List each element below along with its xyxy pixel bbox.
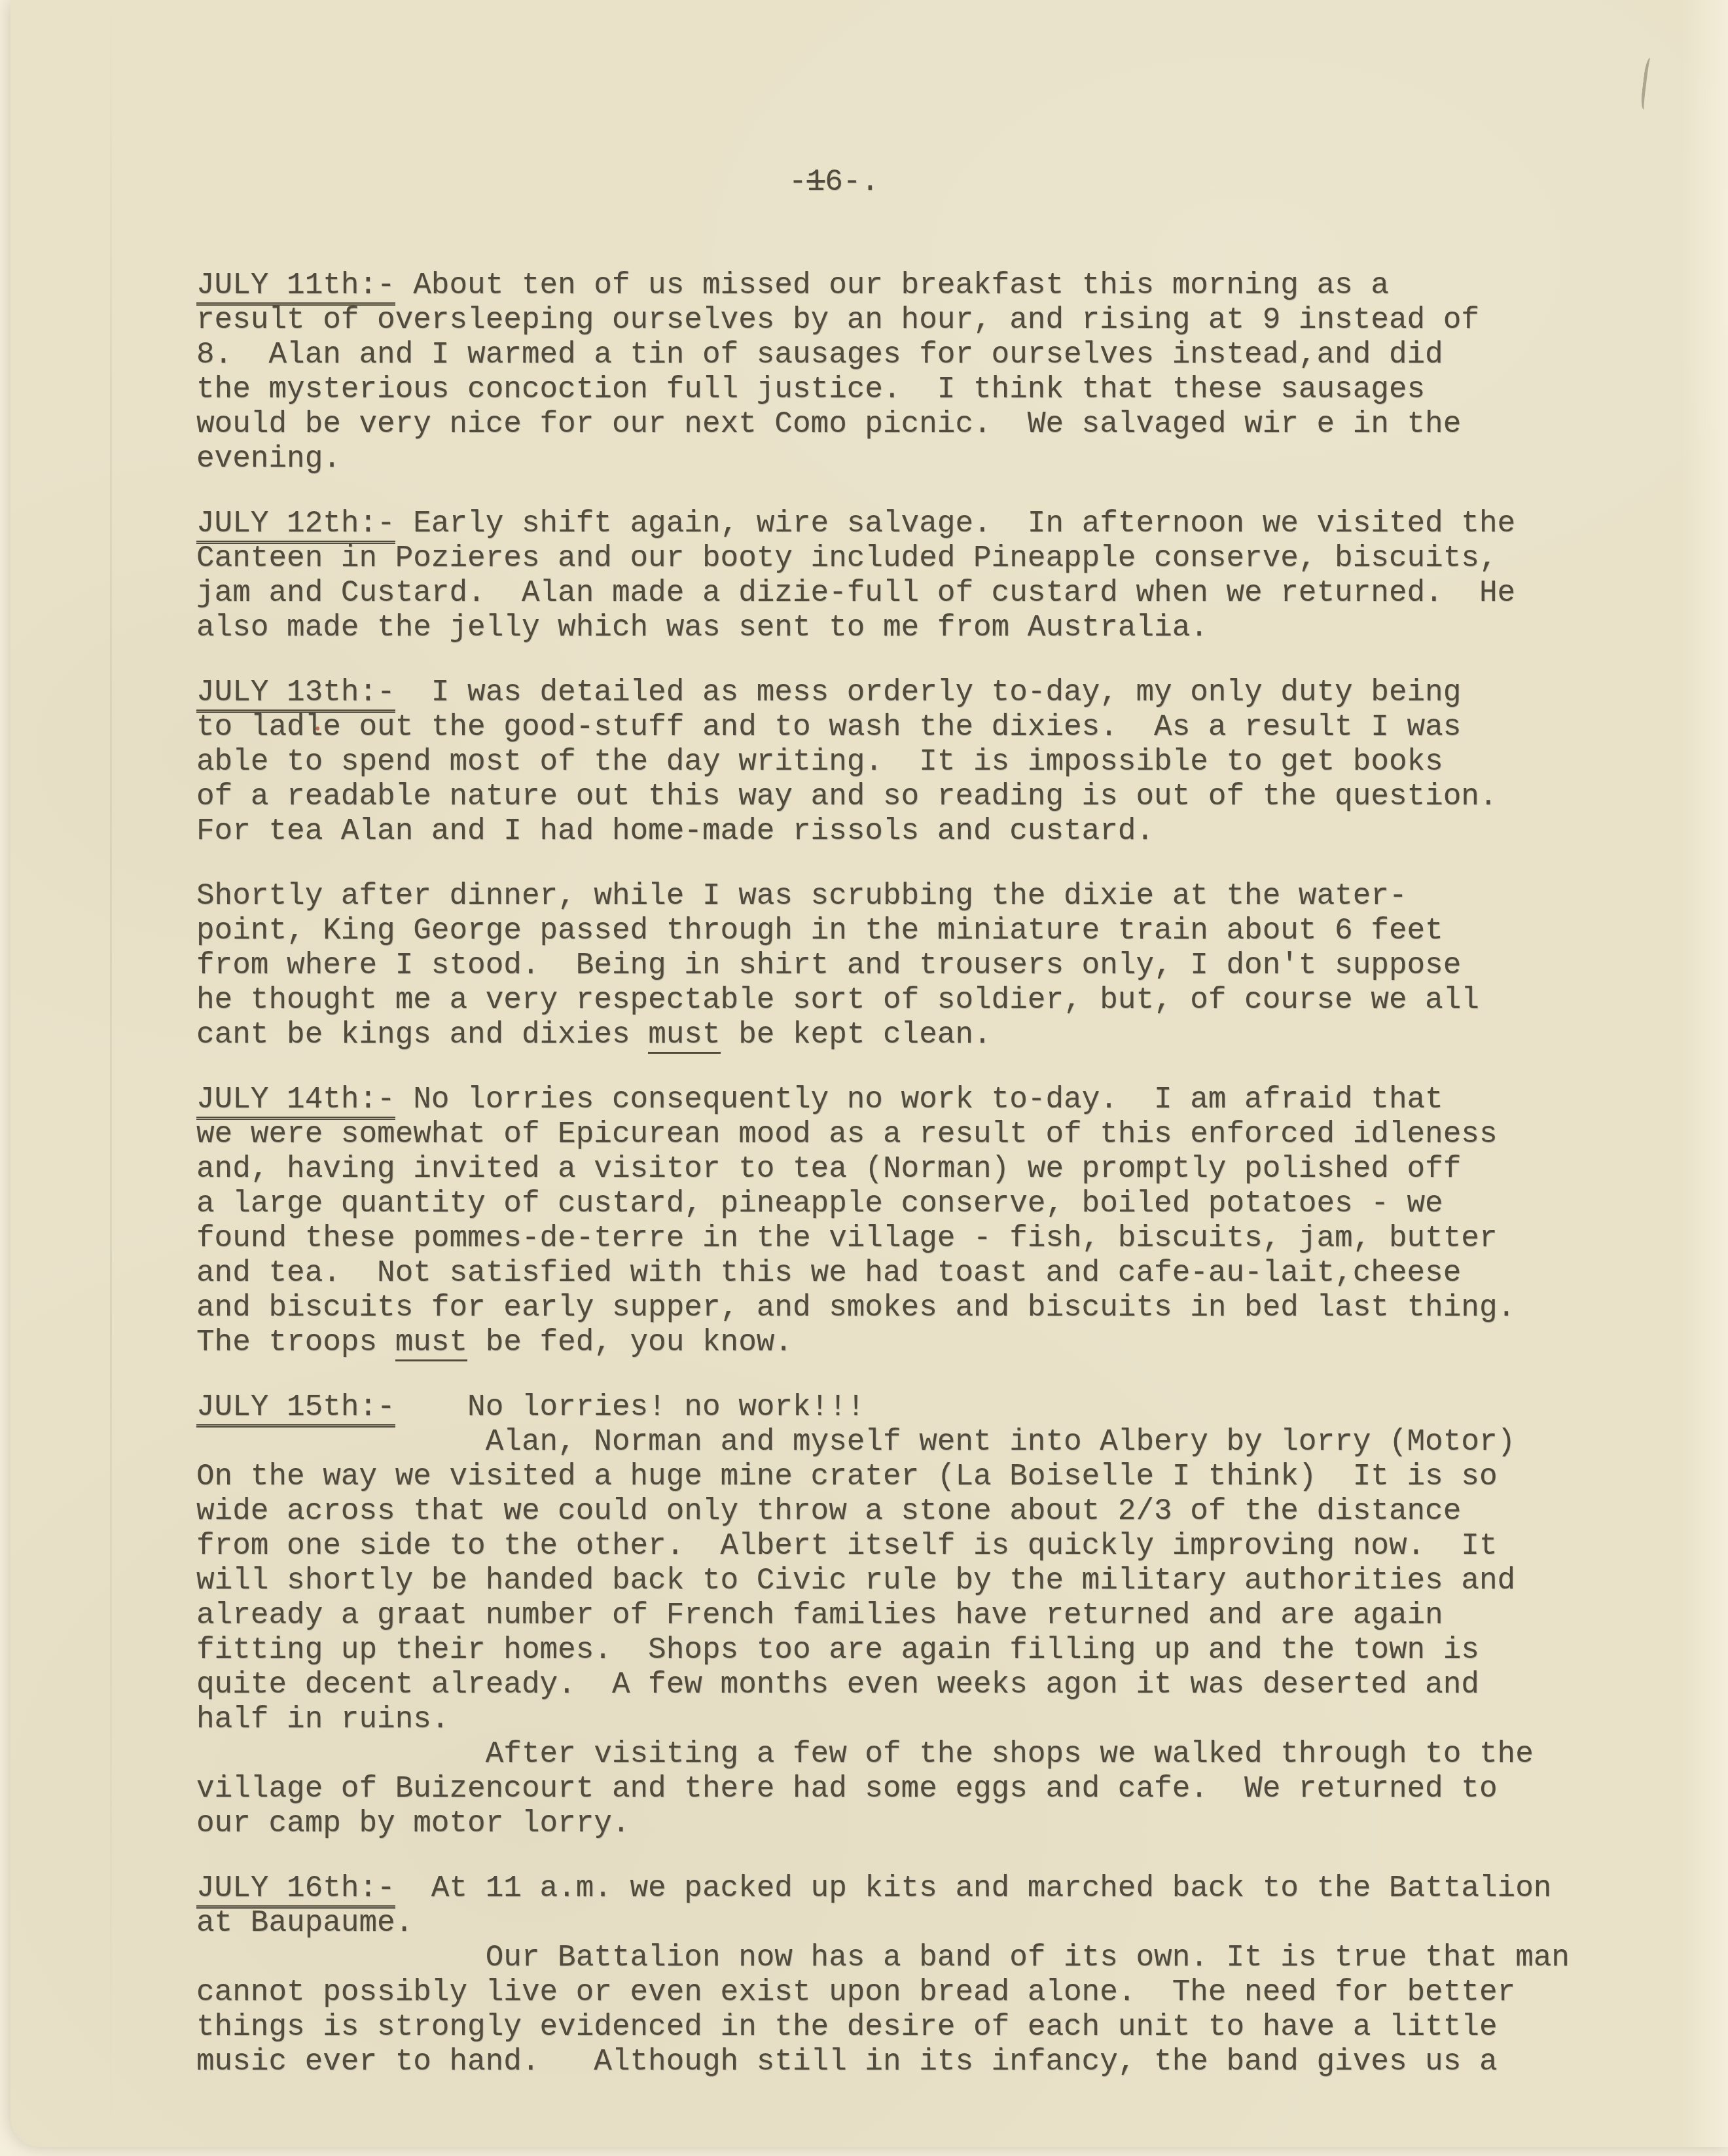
diary-entry-july-12: JULY 12th:- Early shift again, wire salv… bbox=[196, 507, 1663, 645]
diary-entry-july-14: JULY 14th:- No lorries consequently no w… bbox=[196, 1083, 1663, 1360]
entry-heading: JULY 12th:- bbox=[196, 507, 395, 544]
page-number-struck-digit: 1 bbox=[807, 165, 825, 199]
entry-heading: JULY 11th:- bbox=[196, 268, 395, 306]
entry-heading: JULY 14th:- bbox=[196, 1083, 395, 1120]
page-number-prefix: - bbox=[789, 165, 807, 199]
diary-entry-july-11: JULY 11th:- About ten of us missed our b… bbox=[196, 268, 1663, 476]
diary-entry-july-15: JULY 15th:- No lorries! no work!!! Alan,… bbox=[196, 1390, 1663, 1841]
entry-text: be kept clean. bbox=[721, 1018, 992, 1052]
entry-text: At 11 a.m. we packed up kits and marched… bbox=[196, 1871, 1570, 2079]
underlined-word: must bbox=[395, 1325, 467, 1361]
diary-entry-july-13: JULY 13th:- I was detailed as mess order… bbox=[196, 675, 1663, 849]
entry-text: No lorries! no work!!! Alan, Norman and … bbox=[196, 1390, 1534, 1841]
paper-crease bbox=[110, 0, 112, 2147]
entry-heading: JULY 15th:- bbox=[196, 1390, 395, 1428]
page-number: -16-. bbox=[789, 165, 879, 200]
pen-mark bbox=[1640, 58, 1655, 111]
underlined-word: must bbox=[648, 1018, 720, 1054]
entry-heading: JULY 16th:- bbox=[196, 1871, 395, 1909]
diary-entry-july-16: JULY 16th:- At 11 a.m. we packed up kits… bbox=[196, 1871, 1663, 2079]
page-number-rest: 6-. bbox=[825, 165, 879, 199]
diary-entry-after-dinner: Shortly after dinner, while I was scrubb… bbox=[196, 879, 1663, 1052]
diary-entries: JULY 11th:- About ten of us missed our b… bbox=[196, 268, 1663, 2110]
entry-text: be fed, you know. bbox=[467, 1325, 793, 1359]
entry-heading: JULY 13th:- bbox=[196, 675, 395, 713]
entry-text: No lorries consequently no work to-day. … bbox=[196, 1083, 1515, 1359]
